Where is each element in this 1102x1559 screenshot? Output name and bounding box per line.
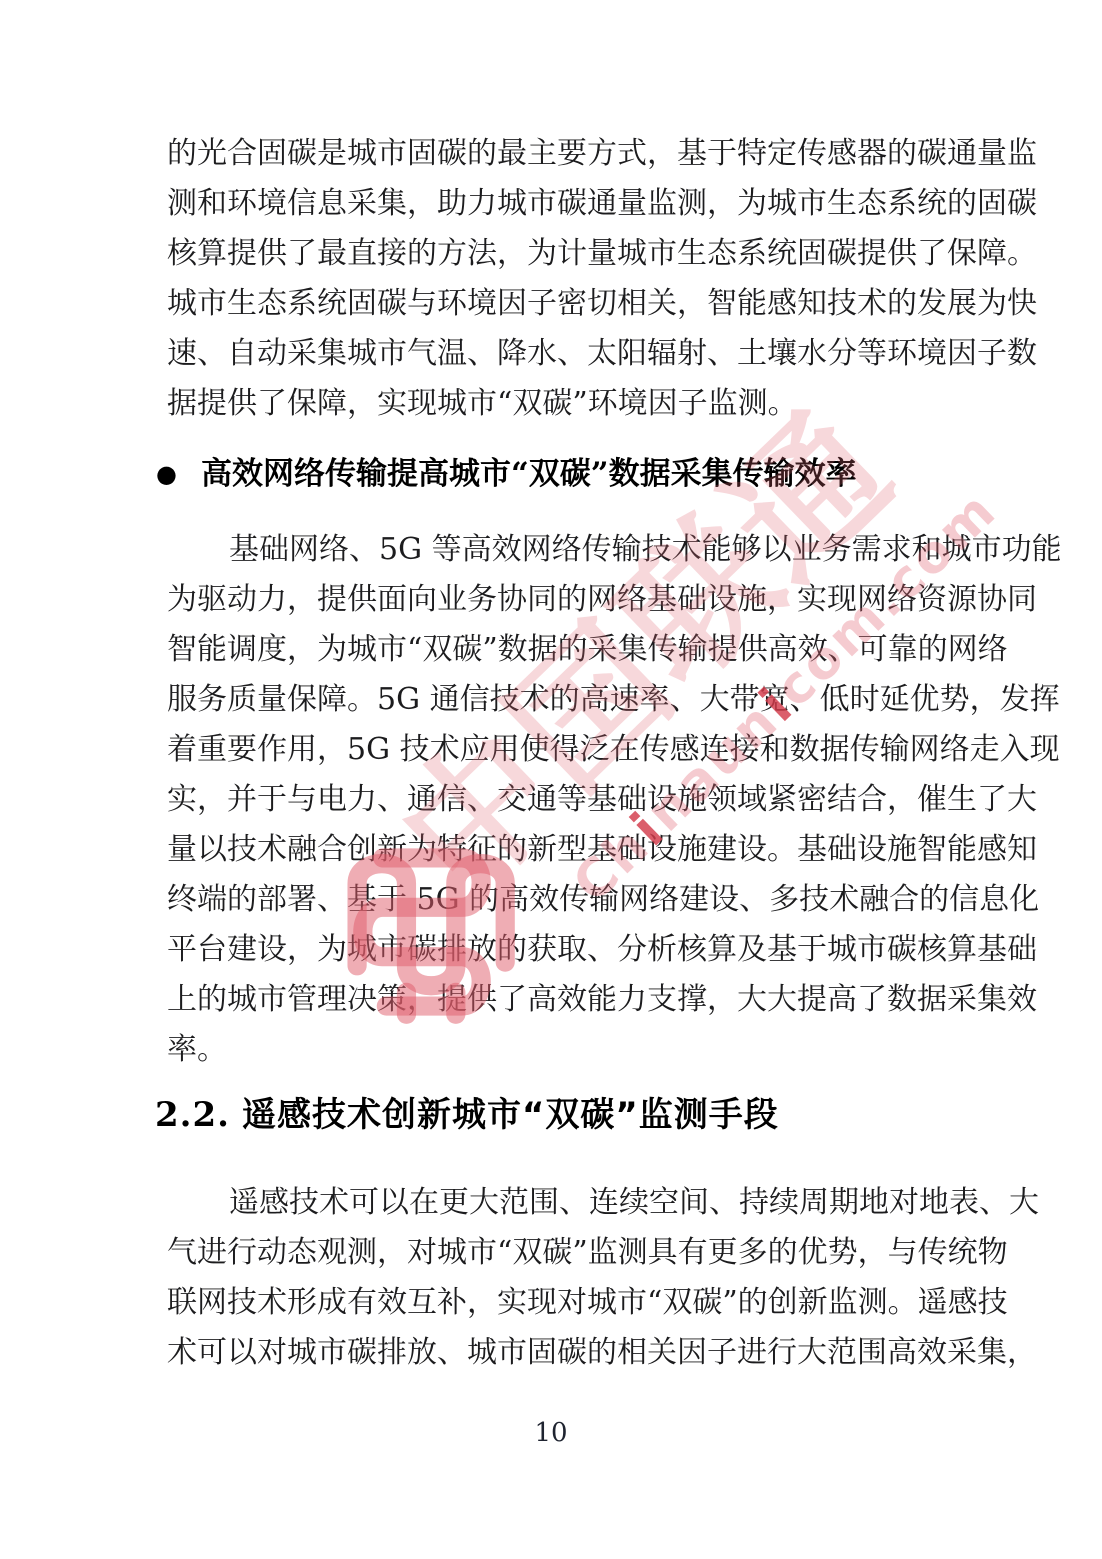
paragraph-line: 术可以对城市碳排放、城市固碳的相关因子进行大范围高效采集，	[167, 1328, 935, 1378]
section-title: 遥感技术创新城市“双碳”监测手段	[242, 1092, 779, 1138]
paragraph-1: 的光合固碳是城市固碳的最主要方式，基于特定传感器的碳通量监 测和环境信息采集，助…	[167, 129, 935, 429]
paragraph-line: 终端的部署、基于 5G 的高效传输网络建设、多技术融合的信息化	[167, 875, 935, 925]
paragraph-line: 核算提供了最直接的方法，为计量城市生态系统固碳提供了保障。	[167, 229, 935, 279]
paragraph-line: 的光合固碳是城市固碳的最主要方式，基于特定传感器的碳通量监	[167, 129, 935, 179]
paragraph-line: 为驱动力，提供面向业务协同的网络基础设施，实现网络资源协同	[167, 575, 935, 625]
paragraph-line: 智能调度，为城市“双碳”数据的采集传输提供高效、可靠的网络	[167, 625, 935, 675]
bullet-heading-title: 高效网络传输提高城市“双碳”数据采集传输效率	[201, 452, 857, 496]
paragraph-line: 量以技术融合创新为特征的新型基础设施建设。基础设施智能感知	[167, 825, 935, 875]
page-number: 10	[0, 1418, 1102, 1448]
paragraph-line: 速、自动采集城市气温、降水、太阳辐射、土壤水分等环境因子数	[167, 329, 935, 379]
paragraph-line: 城市生态系统固碳与环境因子密切相关，智能感知技术的发展为快	[167, 279, 935, 329]
paragraph-line: 测和环境信息采集，助力城市碳通量监测，为城市生态系统的固碳	[167, 179, 935, 229]
paragraph-line: 实，并于与电力、通信、交通等基础设施领域紧密结合，催生了大	[167, 775, 935, 825]
document-page: 的光合固碳是城市固碳的最主要方式，基于特定传感器的碳通量监 测和环境信息采集，助…	[0, 0, 1102, 1559]
section-number: 2.2.	[155, 1092, 230, 1138]
paragraph-line: 率。	[167, 1025, 935, 1075]
paragraph-line: 气进行动态观测，对城市“双碳”监测具有更多的优势，与传统物	[167, 1228, 935, 1278]
paragraph-line: 据提供了保障，实现城市“双碳”环境因子监测。	[167, 379, 935, 429]
bullet-icon: ●	[156, 452, 177, 496]
paragraph-2: 基础网络、5G 等高效网络传输技术能够以业务需求和城市功能 为驱动力，提供面向业…	[167, 525, 935, 1075]
paragraph-line: 遥感技术可以在更大范围、连续空间、持续周期地对地表、大	[167, 1178, 935, 1228]
paragraph-line: 上的城市管理决策，提供了高效能力支撑，大大提高了数据采集效	[167, 975, 935, 1025]
paragraph-line: 着重要作用，5G 技术应用使得泛在传感连接和数据传输网络走入现	[167, 725, 935, 775]
section-heading-2-2: 2.2. 遥感技术创新城市“双碳”监测手段	[155, 1092, 955, 1138]
paragraph-line: 服务质量保障。5G 通信技术的高速率、大带宽、低时延优势，发挥	[167, 675, 935, 725]
bullet-heading: ● 高效网络传输提高城市“双碳”数据采集传输效率	[156, 452, 946, 496]
paragraph-line: 平台建设，为城市碳排放的获取、分析核算及基于城市碳核算基础	[167, 925, 935, 975]
paragraph-line: 联网技术形成有效互补，实现对城市“双碳”的创新监测。遥感技	[167, 1278, 935, 1328]
paragraph-3: 遥感技术可以在更大范围、连续空间、持续周期地对地表、大 气进行动态观测，对城市“…	[167, 1178, 935, 1378]
paragraph-line: 基础网络、5G 等高效网络传输技术能够以业务需求和城市功能	[167, 525, 935, 575]
